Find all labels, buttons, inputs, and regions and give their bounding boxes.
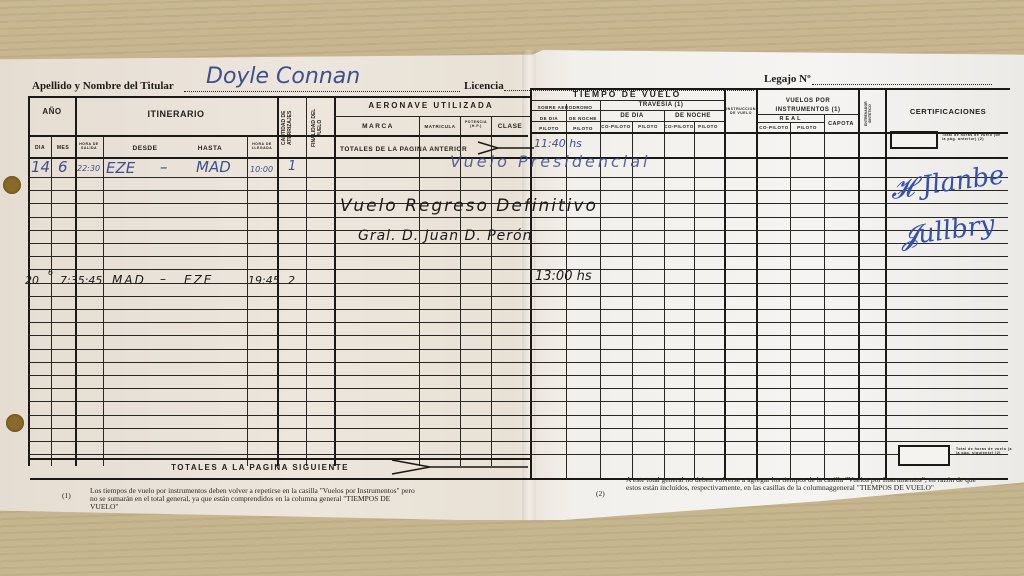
binder-hole-bottom [6, 414, 24, 432]
entry-1-tiempo[interactable]: 11:40 hs [534, 137, 582, 150]
row-line [28, 415, 1008, 416]
table-top-left [28, 96, 530, 98]
row-line [28, 177, 1008, 178]
row-line [28, 335, 1008, 336]
v-line [885, 90, 887, 480]
header-tiempo-vuelo: TIEMPO DE VUELO [532, 90, 722, 99]
entry-2-dash: – [160, 272, 166, 286]
header-real-copiloto: CO-PILOTO [758, 126, 790, 131]
row-line [28, 296, 1008, 297]
entry-1-dash: – [160, 158, 168, 176]
v-line [824, 115, 825, 480]
annotation-line-2: Gral. D. Juan D. Perón [358, 228, 533, 244]
header-finalidad: FINALIDAD DEL VUELO [311, 102, 327, 154]
total-anterior-note: Total de horas de vuelo (de la pág. ante… [942, 134, 1002, 141]
row-line [28, 349, 1008, 350]
header-ano: AÑO [30, 108, 74, 116]
v-line [51, 136, 52, 466]
v-line [858, 90, 860, 480]
header-marca: MARCA [336, 124, 420, 131]
header-mes: MES [52, 146, 74, 151]
legajo-dotted-line [812, 84, 992, 85]
row-line [28, 322, 1008, 323]
v-line [334, 96, 336, 466]
entry-1-desde[interactable]: EZE [106, 159, 135, 177]
v-line [306, 96, 307, 466]
note-1-number: (1) [62, 492, 71, 500]
header-potencia: POTENCIA (H.P.) [462, 121, 490, 128]
header-col-copiloto-2: CO-PILOTO [664, 125, 694, 130]
entry-1-finalidad[interactable]: Vuelo Presidencial [450, 152, 650, 171]
header-matricula: MATRICULA [420, 125, 460, 130]
entry-1-dia[interactable]: 14 [31, 158, 50, 176]
header-col-copiloto-1: CO-PILOTO [600, 125, 632, 130]
annotation-line-1: Vuelo Regreso Definitivo [340, 196, 598, 216]
h-line [758, 122, 824, 123]
row-line [28, 428, 1008, 429]
row-line [28, 388, 1008, 389]
licencia-label: Licencia [464, 80, 504, 92]
entry-2-hasta[interactable]: EZE [184, 273, 213, 287]
entry-1-hora-llegada[interactable]: 10:00 [250, 165, 273, 174]
entry-2-aterrizajes[interactable]: 2 [288, 274, 295, 287]
v-line [632, 122, 633, 480]
header-travesia: TRAVESIA (1) [600, 102, 722, 108]
header-col-piloto-3: PILOTO [632, 125, 664, 130]
header-hora-llegada: HORA DE LLEGADA [248, 143, 276, 150]
header-col-piloto-1: PILOTO [532, 127, 566, 132]
header-aeronave: AERONAVE UTILIZADA [336, 102, 526, 110]
row-line [28, 375, 1008, 376]
h-line [532, 132, 1008, 134]
v-line [790, 122, 791, 480]
row-line [28, 362, 1008, 363]
entry-2-hora-llegada[interactable]: 19:45 [248, 274, 280, 287]
v-line [247, 136, 248, 466]
entry-1-hora-salida[interactable]: 22:30 [77, 164, 100, 173]
note-2-number: (2) [596, 490, 605, 498]
header-itinerario: ITINERARIO [78, 110, 274, 119]
entry-2-tiempo[interactable]: 13:00 hs [535, 269, 592, 284]
v-line [756, 90, 758, 480]
titular-label: Apellido y Nombre del Titular [32, 80, 174, 92]
arrow-icon-siguiente [390, 458, 530, 476]
totales-siguiente: TOTALES A LA PAGINA SIGUIENTE [80, 464, 440, 472]
entry-1-mes[interactable]: 6 [58, 158, 68, 176]
titular-dotted-line [184, 91, 460, 92]
row-line [28, 401, 1008, 402]
header-capota: CAPOTA [824, 122, 858, 128]
v-line [694, 122, 695, 480]
row-line [28, 217, 1008, 218]
v-line [724, 90, 726, 480]
total-siguiente-box [898, 445, 950, 466]
header-hora-salida: HORA DE SALIDA [76, 143, 102, 150]
v-line [103, 136, 104, 466]
header-dia: DIA [30, 146, 50, 151]
h-line [334, 116, 530, 117]
header-vuelos-instrumentos: VUELOS POR INSTRUMENTOS (1) [758, 97, 858, 115]
header-col-piloto-2: PILOTO [566, 127, 600, 132]
h-line [532, 121, 724, 122]
header-travesia-de-dia: DE DIA [600, 113, 664, 119]
entry-1-hasta[interactable]: MAD [196, 158, 231, 176]
note-2-text: A este total general no deben volverse a… [626, 476, 986, 492]
header-instruccion: INSTRUCCION DE VUELO [726, 108, 756, 115]
header-col-piloto-4: PILOTO [694, 125, 722, 130]
row-line [28, 256, 1008, 257]
row-line [28, 283, 1008, 284]
note-1-text: Los tiempos de vuelo por instrumentos de… [90, 487, 420, 511]
row-line [28, 269, 1008, 270]
entry-1-aterrizajes[interactable]: 1 [288, 159, 296, 174]
total-siguiente-note: Total de horas de vuelo (a la pág. sigui… [956, 448, 1016, 455]
row-line [28, 441, 1008, 442]
row-line [28, 454, 1008, 455]
header-simulador: ENTRENADOR SINTETICO [864, 96, 882, 132]
footer-bottom-line [30, 478, 530, 480]
header-clase: CLASE [492, 124, 528, 131]
entry-2-desde[interactable]: MAD [112, 273, 146, 287]
h-line [532, 100, 724, 101]
binder-hole-top [3, 176, 21, 194]
row-line [28, 309, 1008, 310]
legajo-label: Legajo Nº [764, 73, 811, 85]
header-real-piloto: PILOTO [790, 126, 824, 131]
header-hasta: HASTA [170, 146, 250, 153]
entry-2-hora-salida[interactable]: 7:35:45 [60, 274, 102, 287]
entry-2-mes[interactable]: 6 [48, 268, 53, 277]
entry-2-dia[interactable]: 20 [25, 274, 39, 287]
header-travesia-de-noche: DE NOCHE [664, 113, 722, 119]
h-line [532, 110, 724, 111]
h-line [758, 114, 858, 115]
row-line [28, 190, 1008, 191]
header-certificaciones: CERTIFICACIONES [888, 108, 1008, 116]
header-cantidad-aterrizajes: CANTIDAD DE ATERRIZAJES [281, 102, 297, 154]
v-line [530, 90, 532, 480]
titular-value: Doyle Connan [206, 64, 360, 89]
